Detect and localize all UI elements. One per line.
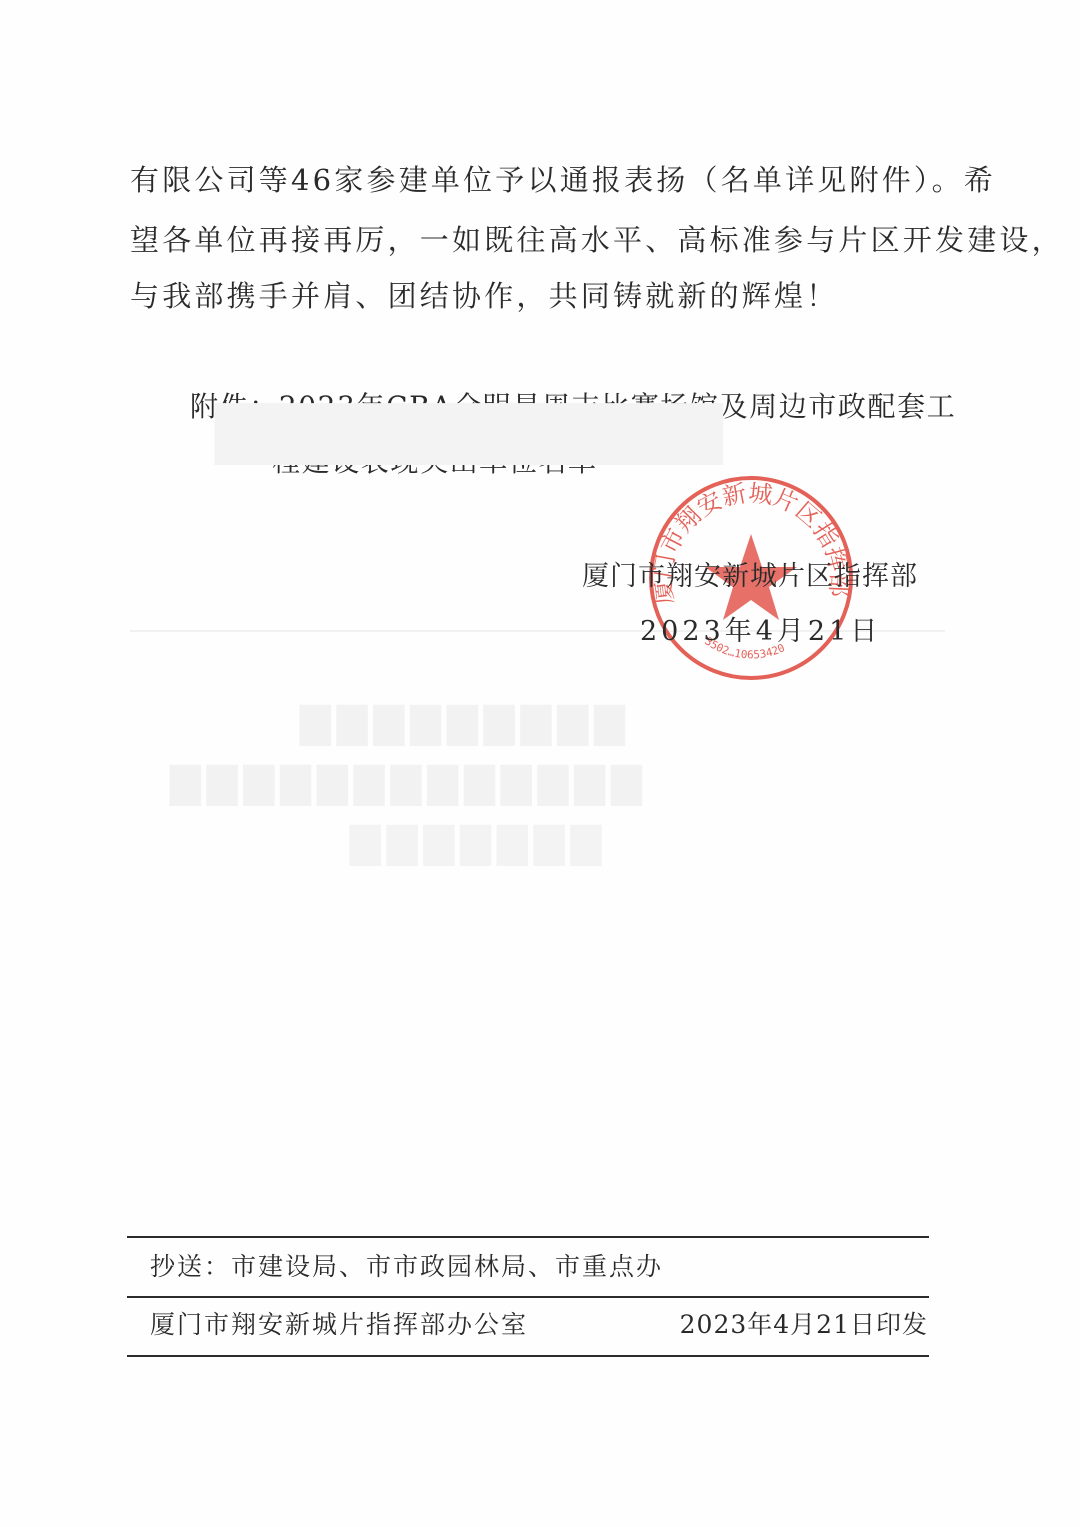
cc-line: 抄送：市建设局、市市政园林局、市重点办 [150,1250,663,1284]
footer-top-rule [127,1236,929,1238]
body-paragraph-line-2: 望各单位再接再厉，一如既往高水平、高标准参与片区开发建设， [130,220,1064,260]
footer-middle-rule [127,1296,929,1298]
cc-label: 抄送： [150,1252,231,1281]
cc-list: 市建设局、市市政园林局、市重点办 [231,1252,663,1281]
body-paragraph-line-3: 与我部携手并肩、团结协作，共同铸就新的辉煌！ [130,276,838,316]
issuer: 厦门市翔安新城片指挥部办公室 [150,1308,528,1342]
footer-bottom-rule [127,1355,929,1357]
issue-date: 2023年4月21日印发 [680,1308,928,1342]
signature-date: 2023年4月21日 [640,612,881,652]
signature-organization: 厦门市翔安新城片区指挥部 [582,557,918,597]
body-paragraph-line-1: 有限公司等46家参建单位予以通报表扬（名单详见附件）。希 [130,160,996,200]
